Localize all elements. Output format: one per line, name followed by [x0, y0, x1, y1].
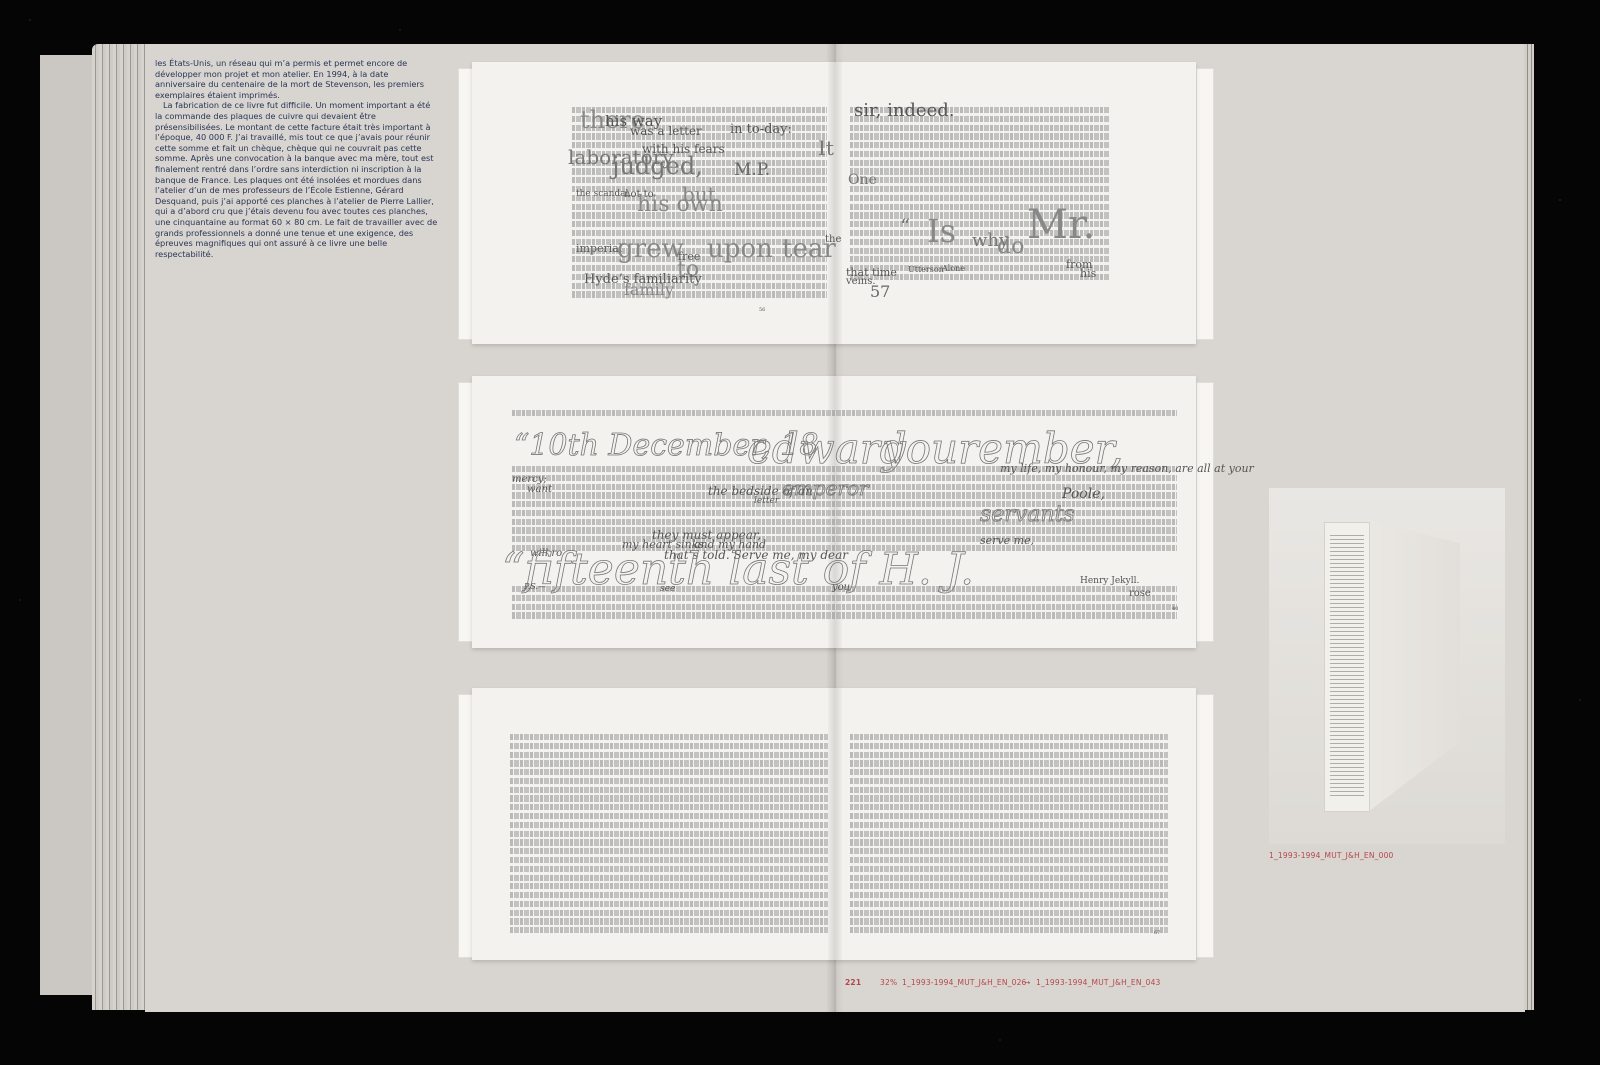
spread-fold	[828, 62, 842, 344]
page-number: 40	[1172, 606, 1178, 612]
word: my life, my honour, my reason, are all a…	[1000, 462, 1254, 475]
word: tear	[782, 234, 836, 264]
word: rose	[1129, 588, 1151, 599]
word: judged,	[612, 152, 703, 180]
word: Mr.	[1027, 202, 1095, 248]
word: his	[1080, 267, 1096, 280]
photo-spread-middle: “10th December, 18 edward yourember, my …	[472, 376, 1196, 648]
word: “fifteenth last of H. J.	[502, 544, 974, 595]
word: servants	[980, 502, 1075, 527]
spread-fold	[828, 688, 842, 960]
book-edge	[1196, 694, 1214, 958]
word: sir, indeed.	[854, 100, 955, 121]
body-text-column: les États-Unis, un réseau qui m’a permis…	[155, 58, 440, 259]
page-edges-right	[1524, 44, 1534, 1010]
paragraph: La fabrication de ce livre fut difficile…	[155, 100, 440, 259]
word: Alone	[942, 264, 965, 273]
word: Is	[927, 212, 956, 250]
word: Utterson	[908, 265, 944, 274]
word: letter	[754, 496, 779, 506]
word: imperial	[576, 242, 622, 255]
word: you	[832, 582, 850, 593]
body-lines	[510, 734, 828, 934]
word: want	[527, 484, 552, 495]
word: do	[997, 234, 1024, 259]
word: family	[624, 280, 674, 299]
word: M.P.	[734, 160, 770, 180]
word: It	[818, 136, 834, 160]
page-number: 57	[870, 282, 890, 301]
arrow-icon: →	[1024, 978, 1030, 987]
word: see	[660, 584, 675, 594]
photo-spread-bottom: 67	[472, 688, 1196, 960]
word: was a letter	[630, 124, 702, 138]
page-edges-left	[92, 44, 152, 1010]
word: upon	[707, 234, 773, 264]
range-start-caption: 1_1993-1994_MUT_J&H_EN_026	[902, 978, 1027, 987]
page-number: 67	[1154, 930, 1160, 936]
scale-label: 32%	[880, 978, 897, 987]
word: in to-day:	[730, 122, 792, 137]
word: One	[848, 172, 877, 188]
photo-spread-top: there his way was a letter in to-day: la…	[472, 62, 1196, 344]
book-edge	[1196, 382, 1214, 642]
word: emperor	[782, 476, 869, 500]
word: P.S.—	[524, 582, 546, 591]
paragraph: les États-Unis, un réseau qui m’a permis…	[155, 58, 440, 100]
book-edge	[1196, 68, 1214, 340]
word: Poole,	[1062, 486, 1105, 502]
page-number: 56	[759, 307, 765, 313]
slipcase-spine	[1324, 522, 1370, 812]
word: serve me,	[980, 534, 1034, 547]
photo-caption: 1_1993-1994_MUT_J&H_EN_000	[1269, 851, 1394, 860]
word: Henry Jekyll.	[1080, 576, 1139, 586]
folio-page-number: 221	[845, 978, 861, 987]
body-lines	[850, 734, 1168, 934]
word: the scandal.	[576, 189, 631, 199]
word: grew	[617, 234, 684, 264]
book-block-left	[40, 55, 100, 995]
word: his own	[637, 192, 723, 217]
spine-text-lines	[1330, 535, 1364, 799]
body-lines	[512, 410, 1177, 422]
range-end-caption: 1_1993-1994_MUT_J&H_EN_043	[1036, 978, 1161, 987]
word: “	[900, 214, 910, 238]
